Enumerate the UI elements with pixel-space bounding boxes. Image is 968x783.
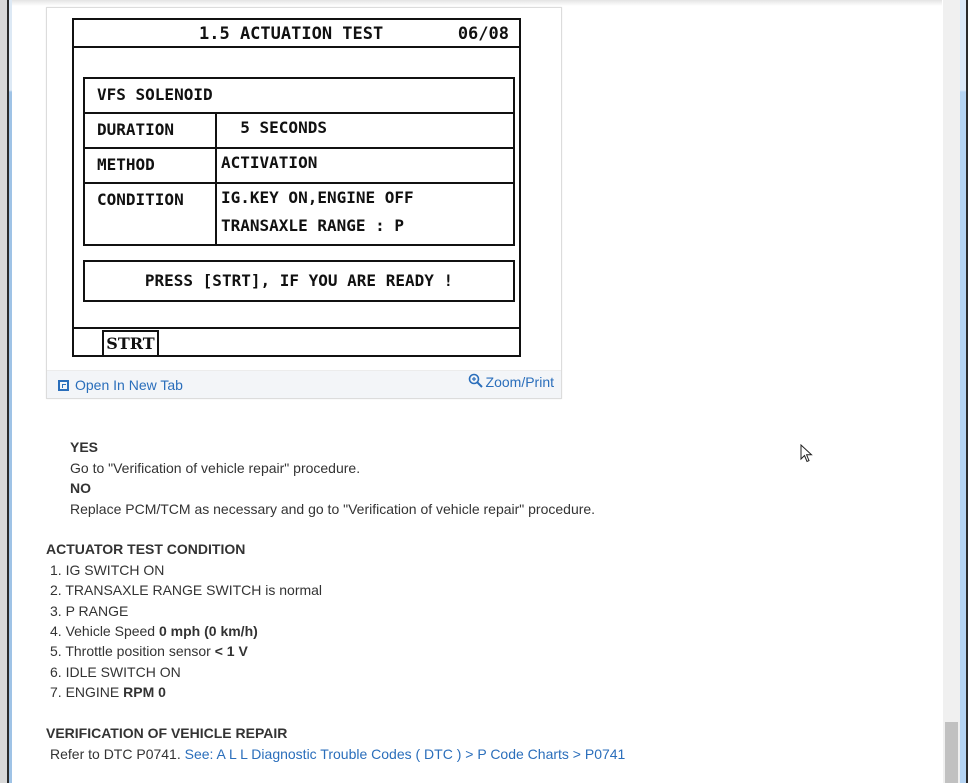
list-item-text: Vehicle Speed [66, 623, 159, 639]
scan-divider [215, 114, 217, 246]
zoom-print-label: Zoom/Print [486, 374, 554, 390]
top-shadow [12, 0, 942, 6]
actuator-heading: ACTUATOR TEST CONDITION [46, 540, 245, 558]
diagnostic-figure: 1.5 ACTUATION TEST 06/08 VFS SOLENOID DU… [46, 7, 562, 399]
list-item-text: P RANGE [66, 603, 129, 619]
open-new-tab-link[interactable]: Open In New Tab [58, 377, 183, 393]
no-label: NO [70, 479, 91, 497]
zoom-print-link[interactable]: Zoom/Print [468, 373, 554, 390]
scan-item: VFS SOLENOID [97, 85, 213, 104]
scan-label: DURATION [97, 120, 174, 139]
scan-title: 1.5 ACTUATION TEST [199, 24, 383, 44]
scan-row-method: METHOD ACTIVATION [85, 149, 513, 184]
list-item-value: < 1 V [215, 643, 248, 659]
dtc-p0741-link[interactable]: See: A L L Diagnostic Trouble Codes ( DT… [185, 746, 626, 762]
scan-value-line: IG.KEY ON,ENGINE OFF [221, 184, 414, 212]
mouse-cursor-icon [800, 444, 814, 469]
list-item-text: IG SWITCH ON [66, 562, 165, 578]
window-frame-left [0, 0, 11, 783]
scan-divider [74, 327, 519, 329]
verification-heading: VERIFICATION OF VEHICLE REPAIR [46, 724, 287, 742]
scan-row-duration: DURATION 5 SECONDS [85, 114, 513, 149]
scan-value-line: TRANSAXLE RANGE : P [221, 212, 414, 240]
scan-info-table: VFS SOLENOID DURATION 5 SECONDS METHOD A… [83, 77, 515, 246]
list-item-number: 1. [50, 562, 62, 578]
scan-label: CONDITION [97, 190, 184, 209]
scan-tool-screen: 1.5 ACTUATION TEST 06/08 VFS SOLENOID DU… [72, 18, 521, 357]
yes-text: Go to "Verification of vehicle repair" p… [70, 459, 360, 477]
scan-value: IG.KEY ON,ENGINE OFF TRANSAXLE RANGE : P [221, 184, 414, 240]
scan-value: 5 SECONDS [221, 114, 327, 142]
list-item-text: ENGINE [66, 684, 124, 700]
scan-title-bar: 1.5 ACTUATION TEST 06/08 [74, 20, 519, 48]
scan-prompt: PRESS [STRT], IF YOU ARE READY ! [83, 260, 515, 302]
list-item-number: 2. [50, 582, 62, 598]
list-item: 1. IG SWITCH ON [50, 561, 164, 579]
list-item-text: Throttle position sensor [65, 643, 214, 659]
vertical-scrollbar[interactable] [943, 0, 960, 783]
list-item-text: TRANSAXLE RANGE SWITCH is normal [65, 582, 322, 598]
list-item-number: 7. [50, 684, 62, 700]
scan-value: ACTIVATION [221, 149, 317, 177]
list-item: 7. ENGINE RPM 0 [50, 683, 166, 701]
no-text: Replace PCM/TCM as necessary and go to "… [70, 500, 595, 518]
open-new-tab-label: Open In New Tab [75, 377, 183, 393]
figure-footer: Open In New Tab Zoom/Print [47, 370, 561, 398]
scan-item-row: VFS SOLENOID [85, 79, 513, 114]
list-item-text: IDLE SWITCH ON [66, 664, 181, 680]
list-item-number: 4. [50, 623, 62, 639]
list-item: 5. Throttle position sensor < 1 V [50, 642, 248, 660]
scan-page: 06/08 [458, 24, 509, 44]
list-item-number: 6. [50, 664, 62, 680]
list-item-value: RPM 0 [123, 684, 166, 700]
list-item: 3. P RANGE [50, 602, 128, 620]
yes-label: YES [70, 438, 98, 456]
list-item-number: 5. [50, 643, 62, 659]
list-item: 2. TRANSAXLE RANGE SWITCH is normal [50, 581, 322, 599]
magnifier-plus-icon [468, 373, 483, 390]
scan-row-condition: CONDITION IG.KEY ON,ENGINE OFF TRANSAXLE… [85, 184, 513, 246]
scan-strt-button: STRT [102, 330, 159, 357]
list-item: 6. IDLE SWITCH ON [50, 663, 181, 681]
list-item: 4. Vehicle Speed 0 mph (0 km/h) [50, 622, 258, 640]
list-item-value: 0 mph (0 km/h) [159, 623, 258, 639]
verification-text: Refer to DTC P0741. See: A L L Diagnosti… [50, 745, 625, 763]
scan-label: METHOD [97, 155, 155, 174]
open-new-tab-icon [58, 380, 69, 391]
list-item-number: 3. [50, 603, 62, 619]
verification-refer: Refer to DTC P0741. [50, 746, 185, 762]
scrollbar-thumb[interactable] [945, 722, 958, 783]
